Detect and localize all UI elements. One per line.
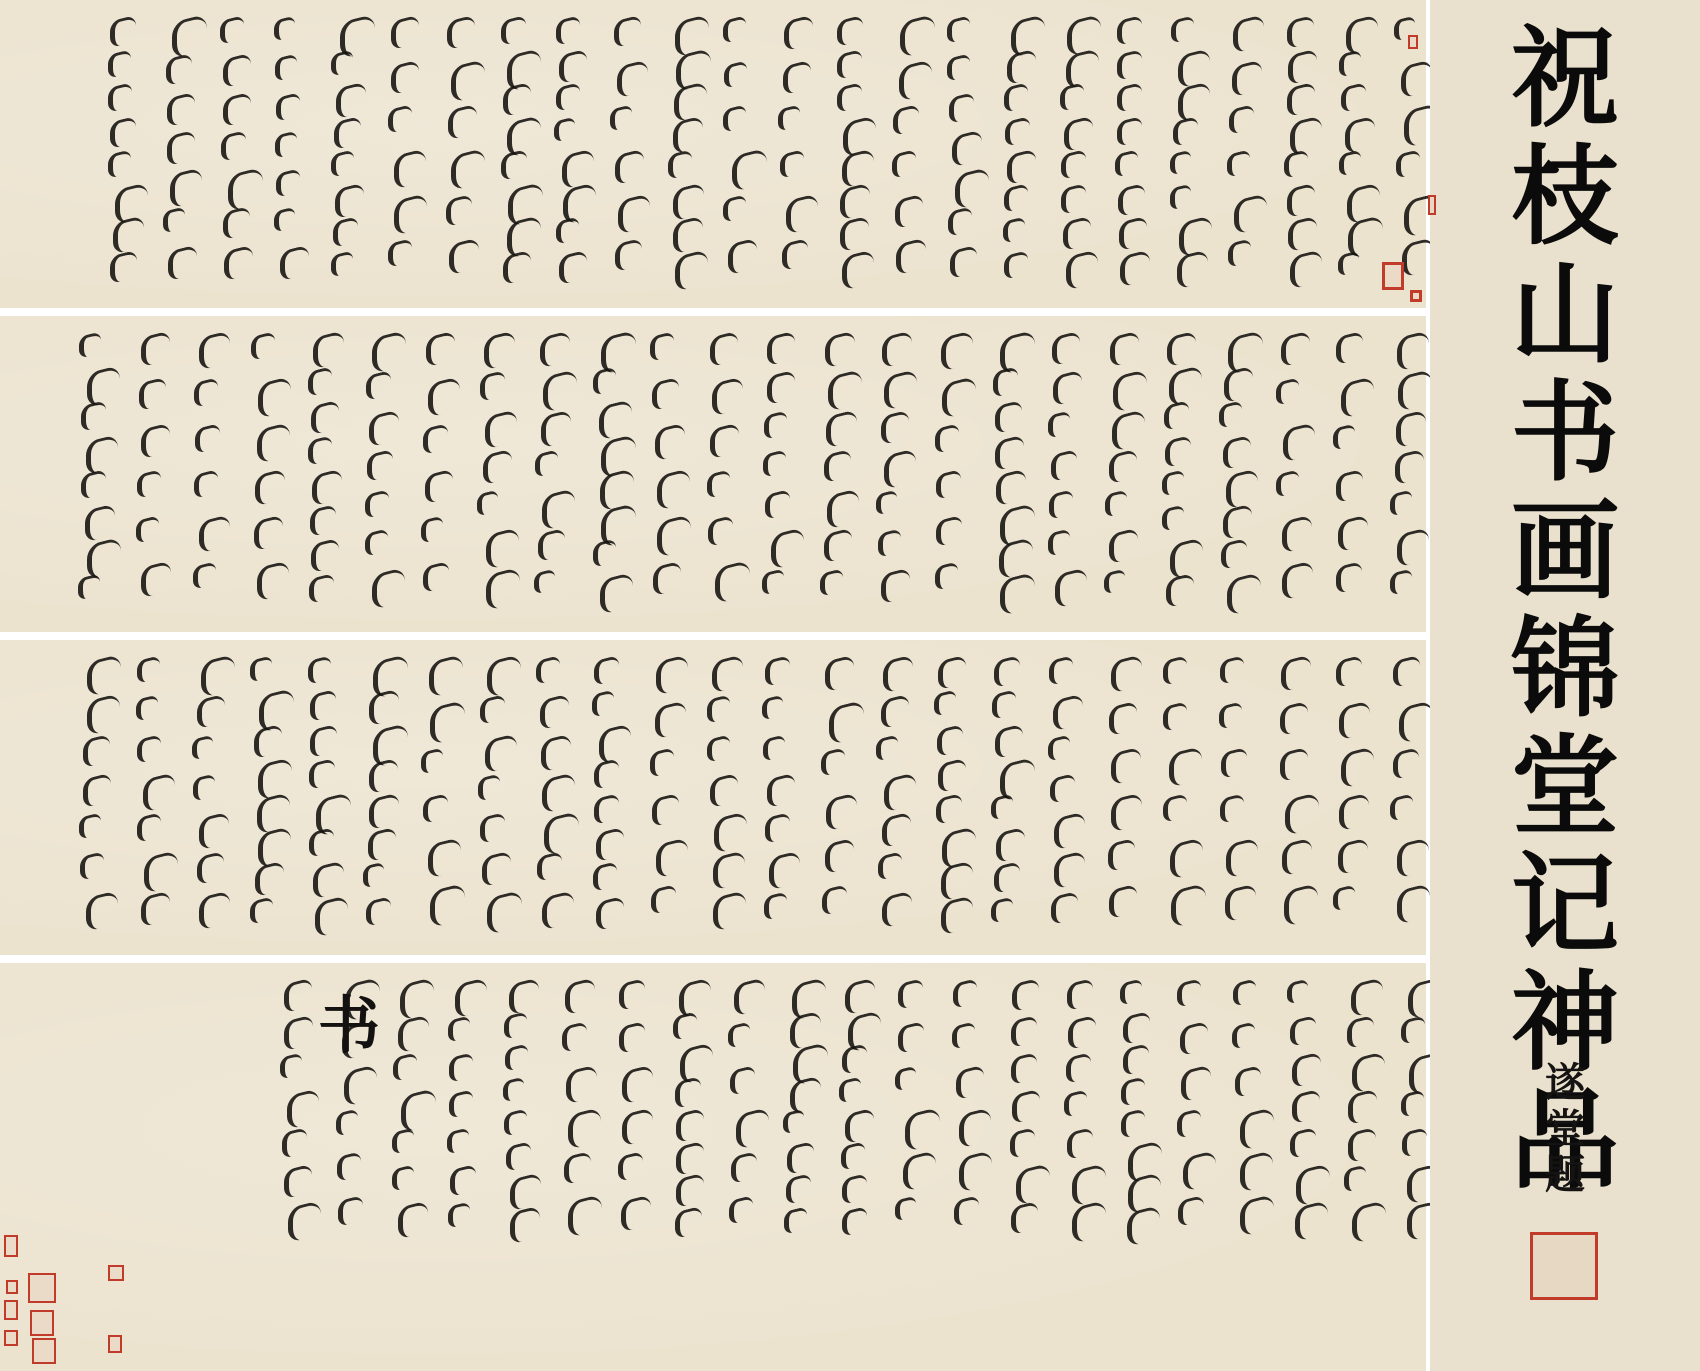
- calligraphy-column: [74, 334, 114, 614]
- ink-stroke: [767, 331, 795, 367]
- ink-stroke: [675, 1205, 702, 1239]
- ink-stroke: [622, 1107, 653, 1147]
- ink-stroke: [1338, 250, 1359, 277]
- ink-stroke: [311, 400, 339, 436]
- ink-stroke: [1105, 489, 1127, 517]
- ink-stroke: [617, 59, 648, 99]
- calligraphy-column: [1271, 658, 1311, 937]
- ink-stroke: [840, 182, 870, 221]
- ink-stroke: [715, 560, 750, 605]
- ink-stroke: [959, 1150, 992, 1193]
- ink-stroke: [1049, 655, 1073, 686]
- ink-stroke: [1115, 149, 1138, 177]
- ink-stroke: [837, 48, 862, 79]
- calligraphy-column: [947, 981, 987, 1245]
- ink-stroke: [950, 244, 977, 278]
- ink-stroke: [367, 449, 393, 482]
- ink-stroke: [223, 91, 251, 128]
- ink-stroke: [1004, 183, 1028, 213]
- ink-stroke: [312, 468, 342, 506]
- ink-stroke: [487, 654, 521, 699]
- ink-stroke: [650, 747, 674, 778]
- ink-stroke: [707, 694, 730, 723]
- scroll-section-2: [0, 316, 1426, 632]
- ink-stroke: [1177, 978, 1201, 1008]
- ink-stroke: [85, 503, 115, 542]
- calligraphy-column: [1157, 334, 1197, 614]
- ink-stroke: [430, 883, 465, 928]
- ink-stroke: [1016, 1163, 1050, 1207]
- ink-stroke: [1048, 528, 1070, 556]
- ink-stroke: [1170, 149, 1191, 176]
- ink-stroke: [1068, 1015, 1096, 1051]
- ink-stroke: [1066, 47, 1099, 89]
- ink-stroke: [449, 238, 479, 277]
- ink-stroke: [762, 568, 784, 595]
- ink-stroke: [594, 655, 619, 687]
- ink-stroke: [108, 149, 131, 178]
- ink-stroke: [308, 655, 331, 685]
- ink-stroke: [388, 104, 412, 134]
- ink-stroke: [1345, 115, 1375, 154]
- ink-stroke: [199, 514, 230, 554]
- ink-stroke: [991, 896, 1013, 924]
- calligraphy-column: [555, 981, 595, 1245]
- calligraphy-column: [1222, 18, 1262, 290]
- ink-stroke: [842, 148, 874, 189]
- ink-stroke: [455, 977, 487, 1019]
- title-char: 书: [1470, 374, 1660, 492]
- ink-stroke: [728, 238, 757, 276]
- ink-stroke: [941, 895, 973, 936]
- ink-stroke: [1054, 811, 1085, 851]
- ink-stroke: [430, 699, 465, 744]
- ink-stroke: [87, 693, 120, 736]
- ink-stroke: [480, 694, 505, 726]
- ink-stroke: [676, 1107, 704, 1143]
- ink-stroke: [1170, 837, 1203, 881]
- ink-stroke: [1395, 449, 1424, 487]
- calligraphy-column: [611, 981, 651, 1245]
- ink-stroke: [842, 1173, 867, 1205]
- ink-stroke: [1171, 15, 1194, 44]
- ink-stroke: [878, 528, 901, 558]
- ink-stroke: [541, 733, 571, 772]
- ink-stroke: [714, 811, 747, 855]
- ink-stroke: [948, 206, 972, 237]
- calligraphy-column: [830, 18, 870, 290]
- ink-stroke: [1109, 449, 1137, 485]
- calligraphy-column: [438, 18, 478, 290]
- ink-stroke: [221, 130, 246, 162]
- ink-stroke: [363, 862, 384, 889]
- ink-stroke: [1163, 701, 1187, 732]
- ink-stroke: [1170, 183, 1191, 210]
- ink-stroke: [1280, 700, 1308, 737]
- ink-stroke: [786, 1173, 811, 1205]
- ink-stroke: [228, 167, 263, 213]
- ink-stroke: [562, 1021, 587, 1053]
- ink-stroke: [137, 655, 160, 684]
- ink-stroke: [199, 330, 230, 371]
- calligraphy-column: [891, 981, 931, 1245]
- calligraphy-column: [1059, 981, 1099, 1245]
- ink-stroke: [1338, 514, 1368, 552]
- ink-stroke: [194, 377, 218, 408]
- ink-stroke: [884, 772, 916, 813]
- ink-stroke: [783, 1108, 804, 1134]
- ink-stroke: [619, 1021, 645, 1054]
- ink-stroke: [394, 193, 427, 236]
- calligraphy-column: [1339, 981, 1379, 1245]
- calligraphy-column: [758, 334, 798, 614]
- ink-stroke: [86, 433, 118, 475]
- ink-stroke: [841, 1141, 865, 1171]
- ink-stroke: [1004, 82, 1028, 113]
- seal-stamp: [32, 1338, 56, 1364]
- ink-stroke: [594, 758, 619, 790]
- ink-stroke: [398, 1014, 429, 1054]
- ink-stroke: [1123, 1043, 1149, 1077]
- ink-stroke: [1053, 370, 1082, 407]
- ink-stroke: [1223, 434, 1251, 470]
- ink-stroke: [1109, 884, 1137, 920]
- ink-stroke: [826, 409, 857, 449]
- ink-stroke: [484, 330, 515, 370]
- ink-stroke: [1012, 1089, 1040, 1125]
- ink-stroke: [895, 193, 923, 229]
- title-char: 祝: [1470, 20, 1660, 138]
- ink-stroke: [1181, 1064, 1211, 1102]
- ink-stroke: [250, 896, 273, 925]
- ink-stroke: [1397, 330, 1429, 372]
- title-char: 画: [1470, 492, 1660, 610]
- ink-stroke: [334, 115, 361, 150]
- ink-stroke: [542, 488, 575, 531]
- ink-stroke: [935, 423, 959, 454]
- ink-stroke: [280, 244, 309, 282]
- ink-stroke: [1011, 1015, 1037, 1049]
- ink-stroke: [1113, 369, 1147, 414]
- calligraphy-column: [102, 18, 142, 290]
- ink-stroke: [255, 468, 285, 507]
- ink-stroke: [81, 400, 106, 432]
- title-char: 堂: [1470, 728, 1660, 846]
- ink-stroke: [400, 977, 434, 1022]
- ink-stroke: [1123, 1010, 1150, 1044]
- ink-stroke: [767, 772, 795, 808]
- ink-stroke: [1054, 851, 1085, 891]
- ink-stroke: [1177, 1108, 1201, 1139]
- ink-stroke: [136, 515, 159, 543]
- ink-stroke: [1221, 538, 1247, 571]
- ink-stroke: [1051, 890, 1078, 925]
- ink-stroke: [1219, 701, 1242, 730]
- ink-stroke: [167, 91, 195, 127]
- ink-stroke: [995, 400, 1022, 435]
- calligraphy-column: [1115, 981, 1155, 1245]
- ink-stroke: [615, 238, 642, 273]
- ink-stroke: [1052, 331, 1080, 367]
- ink-stroke: [938, 655, 966, 691]
- ink-stroke: [730, 1065, 755, 1097]
- calligraphy-column: [1171, 981, 1211, 1245]
- ink-stroke: [505, 1043, 528, 1072]
- ink-stroke: [1109, 528, 1138, 565]
- calligraphy-column: [1278, 18, 1318, 290]
- ink-stroke: [310, 723, 337, 757]
- ink-stroke: [429, 654, 463, 698]
- ink-stroke: [446, 193, 472, 227]
- ink-stroke: [1292, 1052, 1321, 1089]
- ink-stroke: [423, 423, 448, 455]
- ink-stroke: [599, 399, 632, 441]
- ink-stroke: [1108, 838, 1135, 872]
- ink-stroke: [723, 15, 746, 43]
- ink-stroke: [942, 376, 976, 420]
- ink-stroke: [1162, 469, 1184, 496]
- calligraphy-column: [530, 658, 570, 937]
- ink-stroke: [594, 792, 619, 824]
- ink-stroke: [478, 773, 500, 801]
- ink-stroke: [1048, 734, 1070, 762]
- ink-stroke: [503, 82, 531, 118]
- ink-stroke: [1121, 1075, 1145, 1106]
- ink-stroke: [336, 1108, 358, 1136]
- ink-stroke: [220, 15, 244, 45]
- ink-stroke: [108, 82, 132, 113]
- ink-stroke: [544, 811, 579, 856]
- ink-stroke: [657, 468, 690, 511]
- ink-stroke: [655, 422, 685, 461]
- ink-stroke: [1060, 82, 1084, 112]
- ink-stroke: [542, 772, 575, 814]
- ink-stroke: [650, 331, 674, 362]
- ink-stroke: [1240, 1193, 1274, 1237]
- ink-stroke: [110, 249, 137, 283]
- ink-stroke: [477, 489, 498, 516]
- ink-stroke: [1121, 1108, 1145, 1139]
- ink-stroke: [1005, 115, 1030, 147]
- ink-stroke: [87, 364, 120, 407]
- ink-stroke: [991, 793, 1013, 820]
- ink-stroke: [1010, 1126, 1035, 1158]
- seal-stamp: [1382, 262, 1404, 290]
- ink-stroke: [391, 59, 419, 95]
- ink-stroke: [1333, 884, 1355, 911]
- ink-stroke: [1219, 400, 1242, 429]
- ink-stroke: [369, 689, 399, 728]
- ink-stroke: [673, 1011, 697, 1041]
- ink-stroke: [280, 1053, 302, 1081]
- ink-stroke: [1233, 14, 1264, 54]
- ink-stroke: [79, 812, 101, 839]
- ink-stroke: [1053, 694, 1083, 733]
- calligraphy-column: [886, 18, 926, 290]
- title-char: 山: [1470, 256, 1660, 374]
- seal-stamp: [1530, 1232, 1598, 1300]
- calligraphy-column: [835, 981, 875, 1245]
- ink-stroke: [656, 654, 688, 696]
- ink-stroke: [596, 826, 624, 862]
- ink-stroke: [936, 515, 962, 548]
- ink-stroke: [1401, 1015, 1425, 1045]
- ink-stroke: [1333, 423, 1355, 451]
- ink-stroke: [1166, 572, 1194, 609]
- ink-stroke: [223, 53, 251, 89]
- ink-stroke: [1339, 792, 1369, 831]
- ink-stroke: [1233, 978, 1256, 1007]
- ink-stroke: [782, 238, 808, 271]
- ink-stroke: [675, 248, 708, 291]
- ink-stroke: [882, 812, 911, 849]
- closing-character: 书: [318, 995, 380, 1057]
- calligraphy-column: [416, 334, 456, 614]
- ink-stroke: [1117, 115, 1142, 146]
- ink-stroke: [1341, 376, 1374, 419]
- calligraphy-column: [270, 18, 310, 290]
- ink-stroke: [486, 527, 519, 570]
- ink-stroke: [1051, 449, 1077, 482]
- calligraphy-column: [443, 981, 483, 1245]
- ink-stroke: [172, 14, 207, 59]
- ink-stroke: [1117, 48, 1142, 80]
- ink-stroke: [391, 15, 419, 50]
- ink-stroke: [821, 747, 845, 777]
- ink-stroke: [1281, 654, 1311, 692]
- ink-stroke: [166, 53, 192, 87]
- calligraphy-column: [644, 334, 684, 614]
- ink-stroke: [619, 978, 645, 1012]
- ink-stroke: [1180, 1021, 1208, 1057]
- ink-stroke: [310, 503, 336, 537]
- ink-stroke: [827, 488, 859, 530]
- ink-stroke: [837, 15, 863, 48]
- ink-stroke: [282, 1126, 307, 1158]
- calligraphy-column: [1334, 18, 1374, 290]
- ink-stroke: [763, 734, 785, 762]
- ink-stroke: [936, 792, 962, 825]
- ink-stroke: [723, 104, 746, 133]
- ink-stroke: [137, 812, 161, 843]
- ink-stroke: [1048, 410, 1070, 438]
- ink-stroke: [1167, 330, 1196, 368]
- ink-stroke: [450, 1163, 476, 1196]
- ink-stroke: [543, 369, 577, 413]
- ink-stroke: [480, 812, 505, 844]
- ink-stroke: [1067, 978, 1093, 1012]
- ink-stroke: [1287, 978, 1308, 1005]
- ink-stroke: [448, 1201, 470, 1229]
- ink-stroke: [996, 468, 1026, 507]
- ink-stroke: [288, 1200, 321, 1244]
- ink-stroke: [1232, 59, 1262, 97]
- ink-stroke: [566, 1064, 597, 1105]
- ink-stroke: [1390, 489, 1412, 516]
- calligraphy-column: [986, 658, 1026, 937]
- ink-stroke: [113, 215, 144, 254]
- calligraphy-column: [1271, 334, 1311, 614]
- calligraphy-column: [1043, 334, 1083, 614]
- ink-stroke: [935, 561, 958, 591]
- ink-stroke: [483, 449, 512, 486]
- ink-stroke: [1284, 883, 1318, 927]
- ink-stroke: [621, 1194, 651, 1233]
- ink-stroke: [392, 1127, 414, 1155]
- calligraphy-column: [1283, 981, 1323, 1245]
- calligraphy-column: [606, 18, 646, 290]
- ink-stroke: [824, 449, 851, 484]
- ink-stroke: [309, 572, 334, 603]
- ink-stroke: [110, 15, 136, 48]
- scroll-section-3: [0, 640, 1426, 955]
- ink-stroke: [141, 890, 170, 927]
- calligraphy-column: [1043, 658, 1083, 937]
- calligraphy-column: [701, 658, 741, 937]
- ink-stroke: [784, 14, 813, 51]
- ink-stroke: [1276, 469, 1299, 498]
- ink-stroke: [724, 60, 747, 89]
- calligraphy-column: [158, 18, 198, 290]
- ink-stroke: [81, 469, 106, 501]
- ink-stroke: [1220, 792, 1244, 823]
- seal-stamp: [108, 1335, 122, 1353]
- ink-stroke: [1338, 838, 1368, 876]
- ink-stroke: [1224, 365, 1253, 403]
- title-label: 祝 枝 山 书 画 锦 堂 记 神 品: [1470, 20, 1660, 1200]
- ink-stroke: [1344, 1164, 1366, 1192]
- ink-stroke: [599, 723, 631, 765]
- ink-stroke: [1117, 15, 1142, 46]
- calligraphy-column: [131, 334, 171, 614]
- scroll-section-4: [0, 963, 1426, 1371]
- ink-stroke: [426, 330, 455, 367]
- calligraphy-column: [1100, 658, 1140, 937]
- ink-stroke: [713, 890, 746, 933]
- ink-stroke: [1284, 149, 1308, 179]
- ink-stroke: [1111, 746, 1141, 785]
- ink-stroke: [837, 82, 862, 113]
- ink-stroke: [199, 890, 230, 930]
- ink-stroke: [388, 238, 412, 268]
- ink-stroke: [284, 1015, 313, 1052]
- ink-stroke: [536, 655, 560, 685]
- seal-stamp: [1410, 290, 1422, 302]
- ink-stroke: [995, 434, 1024, 471]
- ink-stroke: [167, 129, 195, 166]
- ink-stroke: [1296, 1162, 1330, 1207]
- ink-stroke: [287, 1088, 319, 1130]
- calligraphy-column: [1385, 334, 1425, 614]
- ink-stroke: [1173, 115, 1198, 146]
- ink-stroke: [729, 1195, 753, 1225]
- ink-stroke: [504, 1108, 527, 1137]
- ink-stroke: [480, 370, 505, 402]
- ink-stroke: [1007, 148, 1036, 185]
- ink-stroke: [192, 734, 213, 760]
- ink-stroke: [168, 244, 197, 281]
- ink-stroke: [1067, 1126, 1093, 1160]
- ink-stroke: [143, 772, 175, 813]
- ink-stroke: [331, 149, 354, 178]
- ink-stroke: [881, 409, 909, 445]
- ink-stroke: [1119, 216, 1147, 252]
- ink-stroke: [534, 568, 555, 595]
- ink-stroke: [1223, 503, 1252, 540]
- ink-stroke: [1227, 149, 1250, 178]
- ink-stroke: [1283, 422, 1315, 463]
- ink-stroke: [1339, 700, 1370, 740]
